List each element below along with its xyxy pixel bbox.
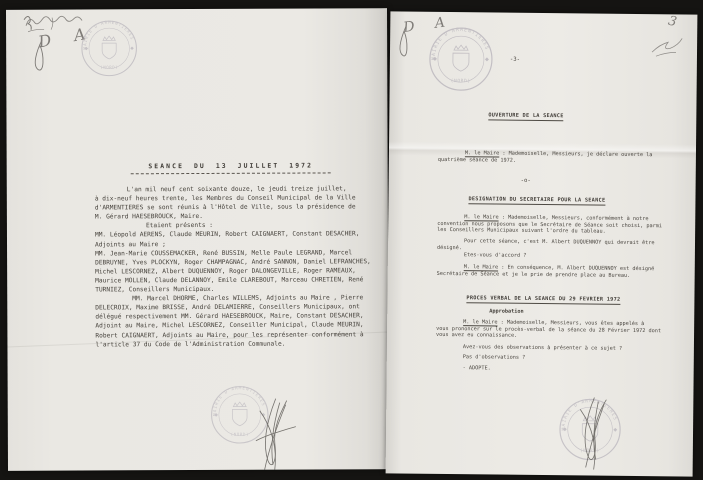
speaker-label: M. le Maire <box>465 150 499 156</box>
speaker-label: M. le Maire <box>464 214 498 220</box>
paragraph-proces: M. le Maire : Mademoiselle, Messieurs, v… <box>436 319 674 341</box>
paragraph-proces-3: Pas d'observations ? <box>436 354 674 363</box>
typed-page-number: -3- <box>498 57 532 63</box>
signature-scribble <box>568 391 625 476</box>
subheading-approbation: Approbation <box>489 308 523 314</box>
svg-text:MAIRIE D'ARMENTIERES: MAIRIE D'ARMENTIERES <box>431 27 490 61</box>
paragraph-proces-2: Avez-vous des observations à présenter à… <box>436 344 674 353</box>
paragraph-conseillers: MM. Jean-Marie COUSSEMACKER, René BUSSIN… <box>95 248 372 295</box>
paragraph-designation-3: Etes-vous d'accord ? <box>437 252 675 261</box>
paragraph-adopte: - ADOPTE. <box>436 365 674 374</box>
svg-text:(NORD): (NORD) <box>100 65 118 70</box>
right-page: D A MAIRIE D'ARMENTIERES (NORD) 3 -3- OU… <box>386 11 698 476</box>
heading-proces-verbal: PROCES VERBAL DE LA SEANCE DU 29 FEVRIER… <box>466 295 620 305</box>
paragraph-adjoints: MM. Léopold AERENS, Claude MEURIN, Rober… <box>95 230 372 249</box>
svg-text:(NORD): (NORD) <box>451 78 471 84</box>
scanned-register-spread: D A MAIRIE D'ARMENTIERES (NORD) SEANCE D… <box>0 0 703 480</box>
paragraph-designation-2: Pour cette séance, c'est M. Albert DUQUE… <box>437 238 675 254</box>
seance-heading: SEANCE DU 13 JUILLET 1972 <box>131 161 331 174</box>
paragraph-designation-4: M. le Maire : En conséquence, M. Albert … <box>437 264 675 280</box>
speaker-label: M. le Maire <box>464 264 498 270</box>
corner-flourish <box>646 26 690 60</box>
paragraph-ouverture: M. le Maire : Mademoiselle, Messieurs, j… <box>438 150 676 166</box>
paragraph-opening: L'an mil neuf cent soixante douze, le je… <box>95 184 372 222</box>
heading-ouverture: OUVERTURE DE LA SEANCE <box>488 112 563 121</box>
section-separator: -o- <box>511 178 541 184</box>
signature-scribble <box>246 395 304 471</box>
speaker-label: M. le Maire <box>463 319 497 325</box>
svg-text:MAIRIE D'ARMENTIERES: MAIRIE D'ARMENTIERES <box>82 20 135 50</box>
left-page: D A MAIRIE D'ARMENTIERES (NORD) SEANCE D… <box>6 8 389 471</box>
mairie-stamp-icon: MAIRIE D'ARMENTIERES (NORD) <box>80 19 138 77</box>
heading-designation: DESIGNATION DU SECRETAIRE POUR LA SEANCE <box>468 196 605 205</box>
seance-body: L'an mil neuf cent soixante douze, le je… <box>95 184 373 349</box>
paragraph-designation: M. le Maire : Mademoiselle, Messieurs, c… <box>437 214 675 236</box>
mairie-stamp-icon: MAIRIE D'ARMENTIERES (NORD) <box>428 26 495 93</box>
